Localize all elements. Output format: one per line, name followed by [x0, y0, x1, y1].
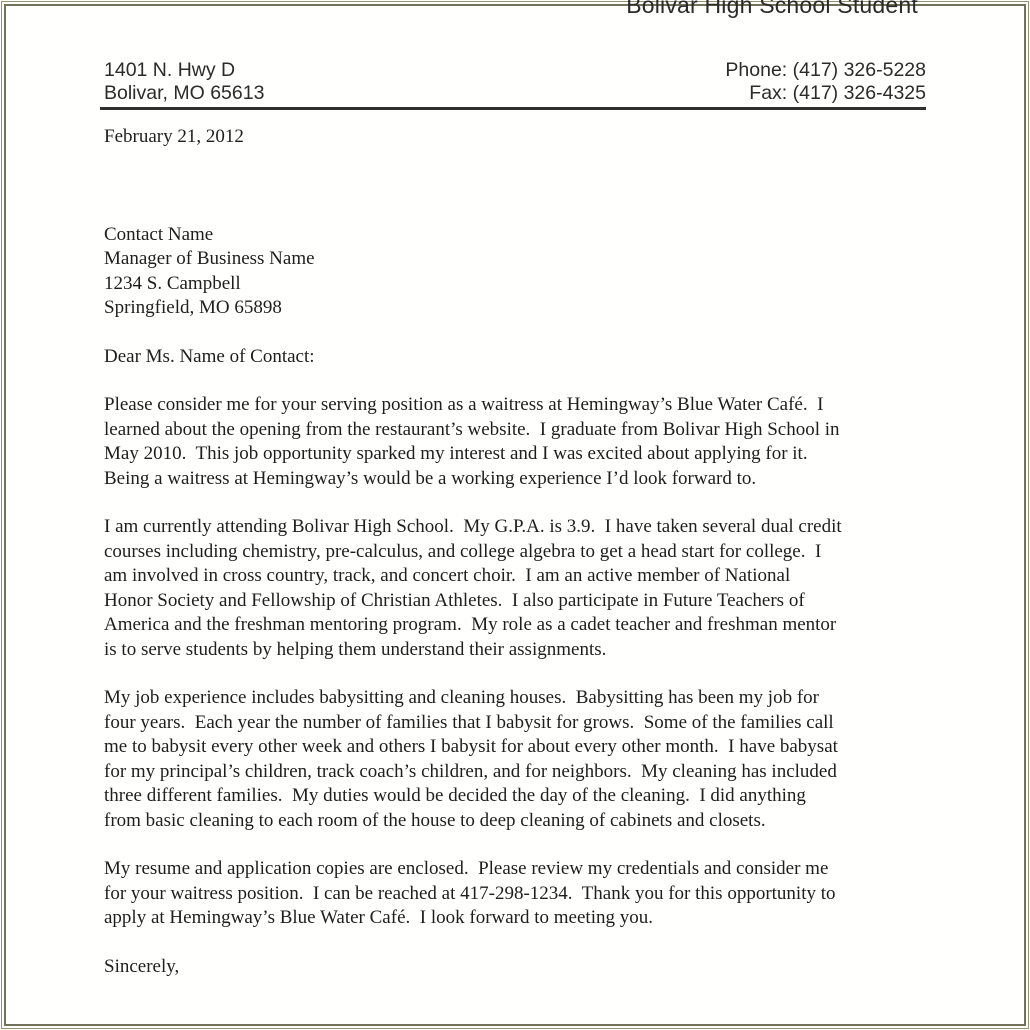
phone-line: Phone: (417) 326-5228	[725, 59, 926, 82]
letterhead-address-block: 1401 N. Hwy D Bolivar, MO 65613	[104, 59, 264, 105]
fax-line: Fax: (417) 326-4325	[725, 82, 926, 105]
salutation: Dear Ms. Name of Contact:	[104, 345, 942, 370]
paragraph-academics: I am currently attending Bolivar High Sc…	[104, 515, 942, 662]
letter-body: February 21, 2012 Contact Name Manager o…	[104, 125, 942, 979]
letterhead-divider	[100, 107, 926, 110]
address-line-1: 1401 N. Hwy D	[104, 59, 264, 82]
paragraph-experience: My job experience includes babysitting a…	[104, 686, 942, 833]
paragraph-intro: Please consider me for your serving posi…	[104, 393, 942, 491]
letter-date: February 21, 2012	[104, 125, 942, 150]
paragraph-enclosure: My resume and application copies are enc…	[104, 857, 942, 931]
closing-signoff: Sincerely,	[104, 955, 942, 980]
letterhead: 1401 N. Hwy D Bolivar, MO 65613 Phone: (…	[104, 59, 926, 105]
address-line-2: Bolivar, MO 65613	[104, 82, 264, 105]
recipient-address-block: Contact Name Manager of Business Name 12…	[104, 223, 942, 321]
letterhead-contact-block: Phone: (417) 326-5228 Fax: (417) 326-432…	[725, 59, 926, 105]
letter-page: Bolivar High School Student 1401 N. Hwy …	[0, 0, 1030, 1030]
letterhead-title: Bolivar High School Student	[626, 0, 918, 18]
